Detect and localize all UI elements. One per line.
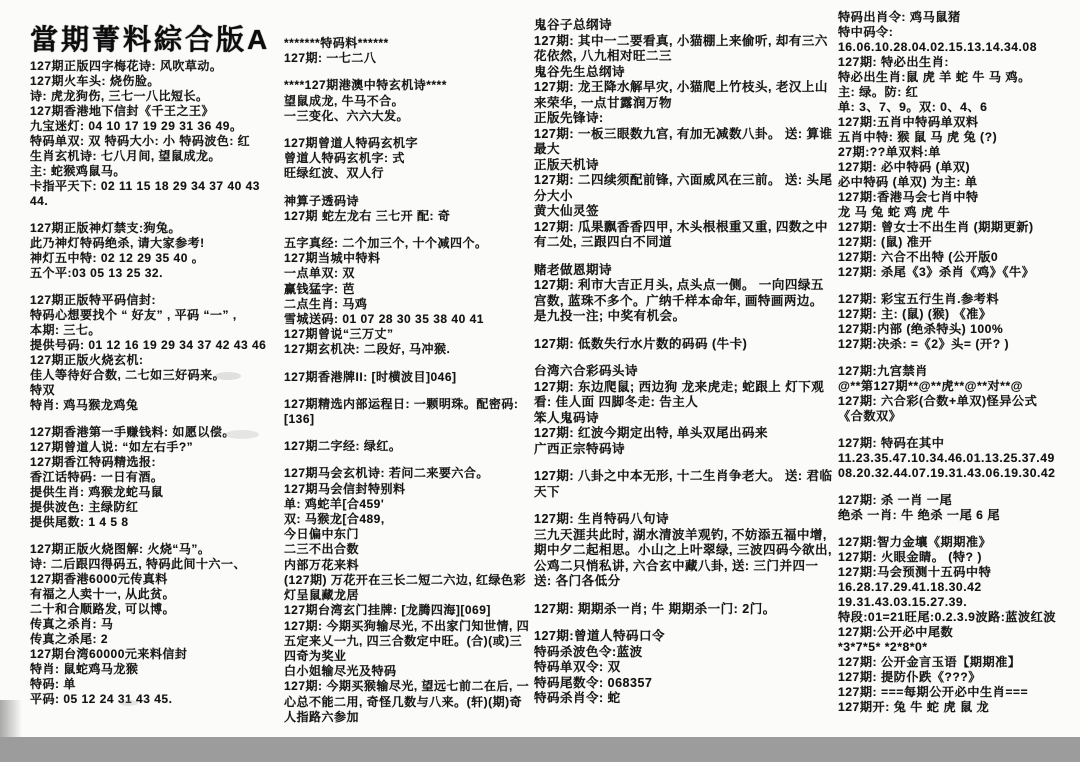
text-line: 127期火车头: 烧伤脸。: [30, 74, 280, 89]
text-line: 旺绿红波、双人行: [284, 166, 530, 181]
text-line: 08.20.32.44.07.19.31.43.06.19.30.42: [838, 466, 1076, 481]
text-line: 特肖: 鸡马猴龙鸡兔: [30, 398, 280, 413]
text-line: (127期) 万花开在三长二短二六边, 红绿色彩灯呈鼠藏龙居: [284, 573, 530, 603]
text-line: [284, 427, 530, 439]
column-left-lines: 127期正版四字梅花诗: 风吹草动。127期火车头: 烧伤脸。诗: 虎龙狗伤, …: [30, 59, 280, 707]
text-line: 本期: 三七。: [30, 323, 280, 338]
text-line: [534, 500, 834, 512]
text-line: 白小姐输尽光及特码: [284, 664, 530, 679]
scan-noise: [215, 372, 241, 380]
text-line: 127期:香港马会七肖中特: [838, 190, 1076, 205]
text-line: 127期:曾道人特码口令: [534, 629, 834, 645]
text-line: 特段:01=21旺尾:0.2.3.9波路:蓝波红波: [838, 610, 1076, 625]
text-line: 127期: 火眼金睛。 (特? ): [838, 550, 1076, 565]
text-line: 鬼谷子总纲诗: [534, 18, 834, 34]
column-mid-right-lines: 鬼谷子总纲诗127期: 其中一二要看真, 小猫棚上来偷听, 却有三六花依然, 八…: [534, 18, 834, 707]
text-line: 127期精选内部运程日: 一颗明珠。配密码: [136]: [284, 397, 530, 427]
text-line: 正版天机诗: [534, 158, 834, 174]
text-line: 特码心想要找个 “ 好友” , 平码 “一” ,: [30, 308, 280, 323]
text-line: 生肖玄机诗: 七八月间, 望鼠成龙。: [30, 149, 280, 164]
text-line: [838, 523, 1076, 535]
text-line: 特码出肖令: 鸡马鼠猪: [838, 10, 1076, 25]
text-line: [838, 424, 1076, 436]
text-line: 127期:五肖中特码单双料: [838, 115, 1076, 130]
text-line: 127期:公开必中尾数: [838, 625, 1076, 640]
text-line: 127期: 利市大吉正月头, 点头点一侧。 一向四绿五宫数, 蓝珠不多个。广纳千…: [534, 278, 834, 325]
text-line: 单: 鸡蛇羊[合459': [284, 497, 530, 512]
text-line: [30, 413, 280, 425]
text-line: 神灯五中特: 02 12 29 35 40 。: [30, 251, 280, 266]
text-line: 127期曾道人特码玄机字: [284, 136, 530, 151]
text-line: 香江话特码: 一日有酒。: [30, 470, 280, 485]
text-line: 特必出生肖:鼠 虎 羊 蛇 牛 马 鸡。: [838, 70, 1076, 85]
text-line: 特码尾数令: 068357: [534, 676, 834, 692]
text-line: 特码杀肖令: 蛇: [534, 691, 834, 707]
text-line: 127期香港牌II: [时横波目]046]: [284, 370, 530, 385]
text-line: 九宝迷灯: 04 10 17 19 29 31 36 49。: [30, 119, 280, 134]
text-line: 送: 各门各低分: [534, 574, 834, 590]
text-line: 127期曾说“三万丈”: [284, 327, 530, 342]
text-line: 127期:内部 (绝杀特头) 100%: [838, 322, 1076, 337]
text-line: 今日偏中东门: [284, 527, 530, 542]
text-line: 雪城送码: 01 07 28 30 35 38 40 41: [284, 312, 530, 327]
column-right: 特码出肖令: 鸡马鼠猪特中码令: 16.06.10.28.04.02.15.13…: [838, 10, 1076, 715]
text-line: [284, 358, 530, 370]
text-line: 黄大仙灵签: [534, 204, 834, 220]
text-line: 广西正宗特码诗: [534, 442, 834, 458]
text-line: 神算子透码诗: [284, 194, 530, 209]
text-line: 16.28.17.29.41.18.30.42: [838, 580, 1076, 595]
column-mid-left-lines: *******特码料******127期: 一七二八****127期港澳中特玄机…: [284, 36, 530, 725]
text-line: 127期正版特平码信封:: [30, 293, 280, 308]
text-line: 诗: 虎龙狗伤, 三七一八比短长。: [30, 89, 280, 104]
text-line: 127期马会信封特别料: [284, 482, 530, 497]
text-line: 127期: 东边爬鼠; 西边狗 龙来虎走; 蛇跟上 灯下观看: 佳人面 四脚冬走…: [534, 380, 834, 411]
text-line: 台湾六合彩码头诗: [534, 364, 834, 380]
text-line: 127期: 生肖特码八句诗: [534, 512, 834, 528]
text-line: 主: 蛇猴鸡鼠马。: [30, 164, 280, 179]
text-line: 127期: 其中一二要看真, 小猫棚上来偷听, 却有三六花依然, 八九相对旺二三: [534, 34, 834, 65]
text-line: [838, 352, 1076, 364]
text-line: 127期台湾玄门挂牌: [龙腾四海][069]: [284, 603, 530, 618]
text-line: 佳人等待好合数, 二七如三好码来。: [30, 368, 280, 383]
text-line: 内部万花来料: [284, 558, 530, 573]
text-line: 127期: 六合不出特 (公开版0: [838, 250, 1076, 265]
column-right-lines: 特码出肖令: 鸡马鼠猪特中码令: 16.06.10.28.04.02.15.13…: [838, 10, 1076, 715]
text-line: 127期当城中特料: [284, 251, 530, 266]
text-line: 双: 马猴龙[合489,: [284, 512, 530, 527]
text-line: 127期香港地下信封《千王之王》: [30, 104, 280, 119]
text-line: [534, 590, 834, 602]
text-line: 127期: 曾女士不出生肖 (期期更新): [838, 220, 1076, 235]
text-line: [284, 124, 530, 136]
text-line: ****127期港澳中特玄机诗****: [284, 78, 530, 93]
text-line: [534, 325, 834, 337]
text-line: 127期: 二四续须配前锋, 六面威风在三前。 送: 头尾分大小: [534, 173, 834, 204]
text-line: 127期: 特码在其中: [838, 436, 1076, 451]
text-line: [30, 281, 280, 293]
text-line: [30, 209, 280, 221]
text-line: *3*7*5* *2*8*0*: [838, 640, 1076, 655]
text-line: 11.23.35.47.10.34.46.01.13.25.37.49: [838, 451, 1076, 466]
column-mid-right: 鬼谷子总纲诗127期: 其中一二要看真, 小猫棚上来偷听, 却有三六花依然, 八…: [534, 18, 834, 707]
text-line: 主: 绿。防: 红: [838, 85, 1076, 100]
text-line: [534, 457, 834, 469]
text-line: 《合数双》: [838, 409, 1076, 424]
text-line: 提供波色: 主绿防红: [30, 500, 280, 515]
text-line: 正版先锋诗:: [534, 111, 834, 127]
text-line: 19.31.43.03.15.27.39.: [838, 595, 1076, 610]
text-line: 诗: 二后跟四得码五, 特码此间十六一、: [30, 557, 280, 572]
text-line: 127期二字经: 绿红。: [284, 439, 530, 454]
text-line: 127期: 一七二八: [284, 51, 530, 66]
text-line: 提供生肖: 鸡猴龙蛇马鼠: [30, 485, 280, 500]
text-line: 127期正版四字梅花诗: 风吹草动。: [30, 59, 280, 74]
text-line: 此乃神灯特码绝杀, 请大家参考!: [30, 236, 280, 251]
text-line: 127期: 特必出生肖:: [838, 55, 1076, 70]
text-line: [534, 617, 834, 629]
text-line: 127期:智力金壤《期期准》: [838, 535, 1076, 550]
text-line: 特码杀波色令:蓝波: [534, 645, 834, 661]
page-title: 當期菁料綜合版A: [30, 32, 280, 47]
text-line: 127期: 瓜果飘香香四甲, 木头根根重又重, 四数之中有二处, 三跟四白不同道: [534, 220, 834, 251]
text-line: 127期正版火烧玄机:: [30, 353, 280, 368]
text-line: 特码单双令: 双: [534, 660, 834, 676]
text-line: [30, 530, 280, 542]
text-line: 127期: 必中特码 (单双): [838, 160, 1076, 175]
text-line: 127期: 公开金言玉语【期期准】: [838, 655, 1076, 670]
text-line: 127期香江特码精选报:: [30, 455, 280, 470]
text-line: 127期 蛇左龙右 三七开 配: 奇: [284, 209, 530, 224]
text-line: 127期: 八卦之中本无形, 十二生肖争老大。 送: 君临天下: [534, 469, 834, 500]
text-line: 127期马会玄机诗: 若问二来要六合。: [284, 466, 530, 481]
text-line: 一点单双: 双: [284, 266, 530, 281]
document-page: 當期菁料綜合版A 127期正版四字梅花诗: 风吹草动。127期火车头: 烧伤脸。…: [0, 0, 1080, 737]
text-line: 五个平:03 05 13 25 32.: [30, 266, 280, 281]
text-line: [284, 385, 530, 397]
text-line: 三九天涯共此时, 湖水清波羊观钓, 不妨添五福中增, 期中夕二起相思。小山之上叶…: [534, 528, 834, 575]
text-line: [284, 66, 530, 78]
text-line: 127期: 六合彩(合数+单双)怪异公式: [838, 394, 1076, 409]
text-line: 127期: 红波今期定出特, 单头双尾出码来: [534, 426, 834, 442]
text-line: 特肖: 鼠蛇鸡马龙猴: [30, 662, 280, 677]
text-line: 127期: 一板三眼数九宫, 有加无减数八卦。 送: 算谁最大: [534, 127, 834, 158]
scan-edge-shade: [0, 700, 22, 737]
text-line: 二点生肖: 马鸡: [284, 297, 530, 312]
text-line: 传真之杀肖: 马: [30, 617, 280, 632]
text-line: 特码单双: 双 特码大小: 小 特码波色: 红: [30, 134, 280, 149]
text-line: 鬼谷先生总纲诗: [534, 65, 834, 81]
text-line: 提供尾数: 1 4 5 8: [30, 515, 280, 530]
text-line: 127期: 杀 一肖 一尾: [838, 493, 1076, 508]
text-line: @**第127期**@**虎**@**对**@: [838, 379, 1076, 394]
text-line: 有福之人卖十一, 从此贫。: [30, 587, 280, 602]
text-line: [284, 182, 530, 194]
text-line: 127期香港6000元传真料: [30, 572, 280, 587]
text-line: 127期正版神灯禁支:狗兔。: [30, 221, 280, 236]
text-line: 望鼠成龙, 牛马不合。: [284, 94, 530, 109]
text-line: 传真之杀尾: 2: [30, 632, 280, 647]
text-line: 127期: 今期买猴输尽光, 望远七前二在后, 一心总不能二用, 奇怪几数与八来…: [284, 679, 530, 725]
text-line: 127期开: 兔 牛 蛇 虎 鼠 龙: [838, 700, 1076, 715]
text-line: 127期:九宫禁肖: [838, 364, 1076, 379]
text-line: [534, 352, 834, 364]
text-line: 龙 马 兔 蛇 鸡 虎 牛: [838, 205, 1076, 220]
text-line: 特码: 单: [30, 677, 280, 692]
text-line: 二三不出合数: [284, 542, 530, 557]
text-line: 提供号码: 01 12 16 19 29 34 37 42 43 46: [30, 338, 280, 353]
scan-noise: [120, 700, 138, 706]
text-line: 一三变化、六六大发。: [284, 109, 530, 124]
text-line: [838, 280, 1076, 292]
text-line: 27期:??单双料:单: [838, 145, 1076, 160]
text-line: 127期: ===每期公开必中生肖===: [838, 685, 1076, 700]
text-line: *******特码料******: [284, 36, 530, 51]
text-line: 127期: 主: (鼠) (猴) 《准》: [838, 307, 1076, 322]
text-line: 必中特码 (单双) 为主: 单: [838, 175, 1076, 190]
text-line: 127期: 杀尾《3》杀肖《鸡》《牛》: [838, 265, 1076, 280]
text-line: 平码: 05 12 24 31 43 45.: [30, 692, 280, 707]
text-line: 127期正版火烧图解: 火烧“马”。: [30, 542, 280, 557]
text-line: 127期:马会预测十五码中特: [838, 565, 1076, 580]
text-line: 五肖中特: 猴 鼠 马 虎 兔 (?): [838, 130, 1076, 145]
column-left: 當期菁料綜合版A 127期正版四字梅花诗: 风吹草动。127期火车头: 烧伤脸。…: [30, 26, 280, 707]
text-line: 127期: 龙王降水解早灾, 小猫爬上竹枝头, 老汉上山来荣华, 一点甘露润万物: [534, 80, 834, 111]
text-line: 127期: 低数失行水片数的码码 (牛卡): [534, 337, 834, 353]
text-line: 127期: 今期买狗输尽光, 不出家门知世情, 四五定来乂一九, 四三合数定中旺…: [284, 619, 530, 665]
text-line: 127期: 提防仆跌《???》: [838, 670, 1076, 685]
text-line: 绝杀 一肖: 牛 绝杀 一尾 6 尾: [838, 508, 1076, 523]
text-line: 赌老做恩期诗: [534, 263, 834, 279]
text-line: 127期玄机决: 二段好, 马冲猴.: [284, 342, 530, 357]
text-line: 赢钱猛字: 芭: [284, 282, 530, 297]
text-line: 二十和合顺路发, 可以博。: [30, 602, 280, 617]
text-line: 127期:决杀: =《2》头= (开? ): [838, 337, 1076, 352]
text-line: [838, 481, 1076, 493]
text-line: 卡指平天下: 02 11 15 18 29 34 37 40 43 44.: [30, 179, 280, 209]
text-line: 127期: (鼠) 准开: [838, 235, 1076, 250]
text-line: 单: 3、7、9。双: 0、4、6: [838, 100, 1076, 115]
text-line: 127期曾道人说: “如左右手?”: [30, 440, 280, 455]
text-line: 127期: 彩宝五行生肖.参考料: [838, 292, 1076, 307]
text-line: 特中码令: 16.06.10.28.04.02.15.13.14.34.08: [838, 25, 1076, 55]
column-mid-left: *******特码料******127期: 一七二八****127期港澳中特玄机…: [284, 36, 530, 725]
scan-noise: [225, 430, 259, 439]
text-line: [284, 224, 530, 236]
text-line: 笨人鬼码诗: [534, 411, 834, 427]
text-line: [284, 454, 530, 466]
text-line: 曾道人特码玄机字: 式: [284, 151, 530, 166]
text-line: 特双: [30, 383, 280, 398]
text-line: [534, 251, 834, 263]
text-line: 127期台湾60000元来料信封: [30, 647, 280, 662]
text-line: 五字真经: 二个加三个, 十个减四个。: [284, 236, 530, 251]
text-line: 127期: 期期杀一肖; 牛 期期杀一门: 2门。: [534, 602, 834, 618]
